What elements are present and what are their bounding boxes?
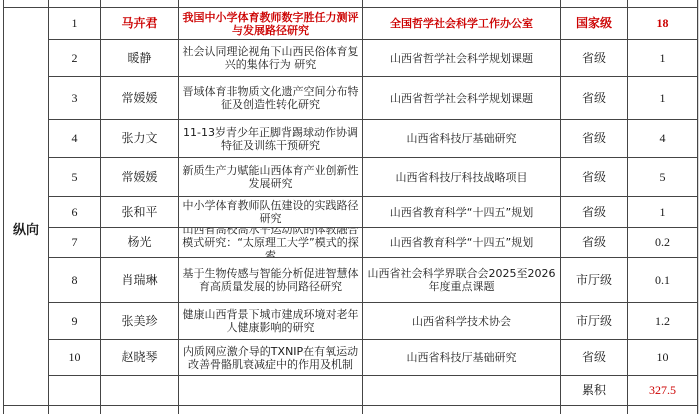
cell-amount[interactable]: 5: [628, 158, 698, 197]
cell-empty: [4, 0, 49, 8]
cell-level[interactable]: 国家级: [561, 8, 628, 40]
cell-summary-label[interactable]: 累积: [561, 376, 628, 406]
cell-amount[interactable]: 10: [628, 340, 698, 376]
cell-source[interactable]: 山西省社会科学界联合会2025至2026年度重点课题: [363, 258, 561, 303]
cell-empty: [179, 406, 363, 414]
cell-level[interactable]: 省级: [561, 340, 628, 376]
cell-empty[interactable]: [179, 376, 363, 406]
cell-empty: [628, 0, 698, 8]
cell-empty: [49, 406, 101, 414]
cell-level[interactable]: 省级: [561, 228, 628, 258]
cell-title[interactable]: 11-13岁青少年正脚背踢球动作协调特征及训练干预研究: [179, 120, 363, 158]
cell-source[interactable]: 山西省科技厅基础研究: [363, 340, 561, 376]
cell-title[interactable]: 社会认同理论视角下山西民俗体育复兴的集体行为 研究: [179, 40, 363, 77]
cell-empty: [4, 406, 49, 414]
cell-empty: [49, 0, 101, 8]
cell-no[interactable]: 6: [49, 197, 101, 228]
cell-source[interactable]: 山西省教育科学“十四五”规划: [363, 228, 561, 258]
cell-name[interactable]: 张力文: [101, 120, 179, 158]
cell-title[interactable]: 健康山西背景下城市建成环境对老年人健康影响的研究: [179, 303, 363, 340]
cell-source[interactable]: 山西省哲学社会科学规划课题: [363, 77, 561, 120]
cell-amount[interactable]: 1: [628, 40, 698, 77]
cell-amount[interactable]: 1.2: [628, 303, 698, 340]
cell-level[interactable]: 市厅级: [561, 258, 628, 303]
cell-source[interactable]: 山西省科技厅科技战略项目: [363, 158, 561, 197]
cell-level[interactable]: 省级: [561, 120, 628, 158]
cell-source[interactable]: 山西省科技厅基础研究: [363, 120, 561, 158]
cell-title[interactable]: 我国中小学体育教师数字胜任力测评与发展路径研究: [179, 8, 363, 40]
cell-title[interactable]: 晋域体育非物质文化遗产空间分布特征及创造性转化研究: [179, 77, 363, 120]
cell-no[interactable]: 7: [49, 228, 101, 258]
cell-source[interactable]: 全国哲学社会科学工作办公室: [363, 8, 561, 40]
cell-source[interactable]: 山西省教育科学“十四五”规划: [363, 197, 561, 228]
cell-level[interactable]: 省级: [561, 40, 628, 77]
cell-no[interactable]: 4: [49, 120, 101, 158]
cell-empty[interactable]: [363, 376, 561, 406]
cell-no[interactable]: 3: [49, 77, 101, 120]
cell-name[interactable]: 赵晓琴: [101, 340, 179, 376]
cell-amount[interactable]: 0.1: [628, 258, 698, 303]
cell-title[interactable]: 新质生产力赋能山西体育产业创新性发展研究: [179, 158, 363, 197]
cell-no[interactable]: 1: [49, 8, 101, 40]
cell-source[interactable]: 山西省科学技术协会: [363, 303, 561, 340]
cell-level[interactable]: 省级: [561, 158, 628, 197]
cell-source[interactable]: 山西省哲学社会科学规划课题: [363, 40, 561, 77]
cell-empty: [179, 0, 363, 8]
cell-empty: [101, 0, 179, 8]
cell-empty: [363, 0, 561, 8]
cell-empty: [561, 0, 628, 8]
right-edge-line: [698, 0, 699, 414]
cell-empty: [363, 406, 561, 414]
row-group-label-cell[interactable]: 纵向: [4, 8, 49, 406]
cell-amount[interactable]: 1: [628, 197, 698, 228]
cell-no[interactable]: 9: [49, 303, 101, 340]
cell-empty[interactable]: [101, 376, 179, 406]
cell-name[interactable]: 马卉君: [101, 8, 179, 40]
projects-table: 纵向 1 马卉君 我国中小学体育教师数字胜任力测评与发展路径研究 全国哲学社会科…: [4, 0, 698, 414]
cell-no[interactable]: 8: [49, 258, 101, 303]
cell-empty[interactable]: [49, 376, 101, 406]
cell-level[interactable]: 市厅级: [561, 303, 628, 340]
cell-amount[interactable]: 18: [628, 8, 698, 40]
document-page: 纵向 1 马卉君 我国中小学体育教师数字胜任力测评与发展路径研究 全国哲学社会科…: [0, 0, 700, 414]
cell-name[interactable]: 张美珍: [101, 303, 179, 340]
cell-name[interactable]: 常媛媛: [101, 77, 179, 120]
cell-no[interactable]: 10: [49, 340, 101, 376]
cell-amount[interactable]: 4: [628, 120, 698, 158]
cell-title[interactable]: 基于生物传感与智能分析促进智慧体育高质量发展的协同路径研究: [179, 258, 363, 303]
cell-level[interactable]: 省级: [561, 197, 628, 228]
cell-empty: [628, 406, 698, 414]
cell-name[interactable]: 肖瑞琳: [101, 258, 179, 303]
cell-name[interactable]: 杨光: [101, 228, 179, 258]
cell-summary-value[interactable]: 327.5: [628, 376, 698, 406]
cell-amount[interactable]: 1: [628, 77, 698, 120]
cell-name[interactable]: 张和平: [101, 197, 179, 228]
cell-title[interactable]: 内质网应激介导的TXNIP在有氧运动改善骨骼肌衰减症中的作用及机制: [179, 340, 363, 376]
cell-amount[interactable]: 0.2: [628, 228, 698, 258]
cell-no[interactable]: 2: [49, 40, 101, 77]
cell-empty: [101, 406, 179, 414]
cell-no[interactable]: 5: [49, 158, 101, 197]
cell-name[interactable]: 常媛媛: [101, 158, 179, 197]
cell-title[interactable]: 中小学体育教师队伍建设的实践路径研究: [179, 197, 363, 228]
cell-empty: [561, 406, 628, 414]
cell-level[interactable]: 省级: [561, 77, 628, 120]
cell-name[interactable]: 暖静: [101, 40, 179, 77]
cell-title[interactable]: 山西省高校高水平运动队的体教融合模式研究：“太原理工大学”模式的探索: [179, 228, 363, 258]
